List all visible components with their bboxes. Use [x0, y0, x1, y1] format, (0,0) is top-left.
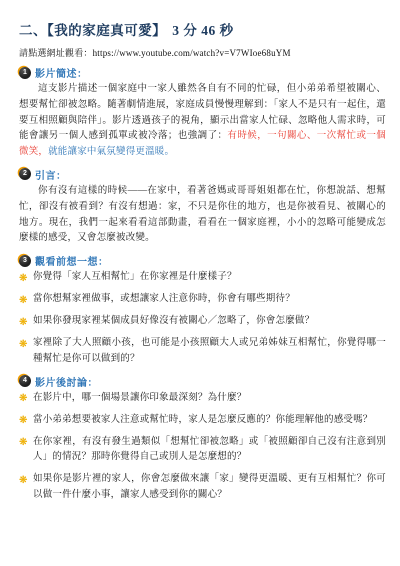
bullet-text: 你覺得「家人互相幫忙」在你家裡是什麼樣子？	[33, 272, 237, 282]
bullet-item: ❋在影片中，哪一個場景讓你印象最深刻？為什麼？	[19, 391, 386, 407]
star-bullet-icon: ❋	[19, 391, 28, 406]
section-3-heading-label: 觀看前想一想：	[35, 253, 109, 268]
paragraph-text-blue: 就能讓家中氣氛變得更溫暖。	[48, 147, 174, 157]
bullet-text: 如果你發現家裡某個成員好像沒有被關心／忽略了，你會怎麼做？	[33, 316, 314, 326]
bullet-text: 在你家裡，有沒有發生過類似「想幫忙卻被忽略」或「被照顧卻自己沒有注意到別人」的情…	[33, 437, 386, 463]
section-3-bullet-list: ❋你覺得「家人互相幫忙」在你家裡是什麼樣子？ ❋當你想幫家裡做事，或想讓家人注意…	[19, 270, 386, 367]
star-bullet-icon: ❋	[19, 473, 28, 488]
star-bullet-icon: ❋	[19, 435, 28, 450]
bullet-item: ❋當小弟弟想要被家人注意或幫忙時，家人是怎麼反應的？你能理解他的感受嗎？	[19, 413, 386, 429]
star-bullet-icon: ❋	[19, 337, 28, 352]
bullet-text: 在影片中，哪一個場景讓你印象最深刻？為什麼？	[33, 393, 246, 403]
number-badge-icon: 4	[19, 375, 31, 387]
bullet-item: ❋你覺得「家人互相幫忙」在你家裡是什麼樣子？	[19, 270, 386, 286]
section-4-heading-label: 影片後討論：	[35, 374, 98, 389]
number-badge-icon: 1	[19, 67, 31, 79]
page-title-text: 二、【我的家庭真可愛】	[19, 23, 166, 38]
bullet-item: ❋當你想幫家裡做事，或想讓家人注意你時，你會有哪些期待？	[19, 292, 386, 308]
star-bullet-icon: ❋	[19, 271, 28, 286]
section-2-heading-label: 引言：	[35, 167, 67, 182]
bullet-item: ❋家裡除了大人照顧小孩，也可能是小孩照顧大人或兄弟姊妹互相幫忙，你覺得哪一種幫忙…	[19, 336, 386, 367]
youtube-link[interactable]: https://www.youtube.com/watch?v=V7WIoe68…	[93, 48, 291, 58]
section-4-heading: 4 影片後討論：	[19, 374, 386, 389]
bullet-item: ❋如果你是影片裡的家人，你會怎麼做來讓「家」變得更溫暖、更有互相幫忙？你可以做一…	[19, 472, 386, 503]
document-page: 二、【我的家庭真可愛】3 分 46 秒 請點選網址觀看：https://www.…	[0, 0, 400, 566]
watch-link-label: 請點選網址觀看：	[19, 48, 93, 58]
bullet-text: 如果你是影片裡的家人，你會怎麼做來讓「家」變得更溫暖、更有互相幫忙？你可以做一件…	[33, 474, 386, 500]
section-1-paragraph: 這支影片描述一個家庭中一家人雖然各自有不同的忙碌，但小弟弟希望被關心、想要幫忙卻…	[19, 82, 386, 161]
number-badge-icon: 2	[19, 168, 31, 180]
star-bullet-icon: ❋	[19, 293, 28, 308]
bullet-text: 當你想幫家裡做事，或想讓家人注意你時，你會有哪些期待？	[33, 294, 295, 304]
section-4-bullet-list: ❋在影片中，哪一個場景讓你印象最深刻？為什麼？ ❋當小弟弟想要被家人注意或幫忙時…	[19, 391, 386, 504]
bullet-item: ❋在你家裡，有沒有發生過類似「想幫忙卻被忽略」或「被照顧卻自己沒有注意到別人」的…	[19, 435, 386, 466]
section-3-heading: 3 觀看前想一想：	[19, 253, 386, 268]
star-bullet-icon: ❋	[19, 315, 28, 330]
bullet-text: 當小弟弟想要被家人注意或幫忙時，家人是怎麼反應的？你能理解他的感受嗎？	[33, 415, 373, 425]
video-duration: 3 分 46 秒	[172, 23, 233, 38]
star-bullet-icon: ❋	[19, 413, 28, 428]
section-1-heading: 1 影片簡述：	[19, 65, 386, 80]
bullet-item: ❋如果你發現家裡某個成員好像沒有被關心／忽略了，你會怎麼做？	[19, 314, 386, 330]
paragraph-text-black: 你有沒有這樣的時候——在家中，看著爸媽或哥哥姐姐都在忙，你想說話、想幫忙，卻沒有…	[19, 186, 386, 243]
section-1-heading-label: 影片簡述：	[35, 65, 88, 80]
number-badge-icon: 3	[19, 255, 31, 267]
page-title: 二、【我的家庭真可愛】3 分 46 秒	[19, 22, 386, 40]
bullet-text: 家裡除了大人照顧小孩，也可能是小孩照顧大人或兄弟姊妹互相幫忙，你覺得哪一種幫忙是…	[33, 338, 386, 364]
section-2-paragraph: 你有沒有這樣的時候——在家中，看著爸媽或哥哥姐姐都在忙，你想說話、想幫忙，卻沒有…	[19, 184, 386, 247]
section-2-heading: 2 引言：	[19, 167, 386, 182]
watch-link-line: 請點選網址觀看：https://www.youtube.com/watch?v=…	[19, 47, 386, 59]
